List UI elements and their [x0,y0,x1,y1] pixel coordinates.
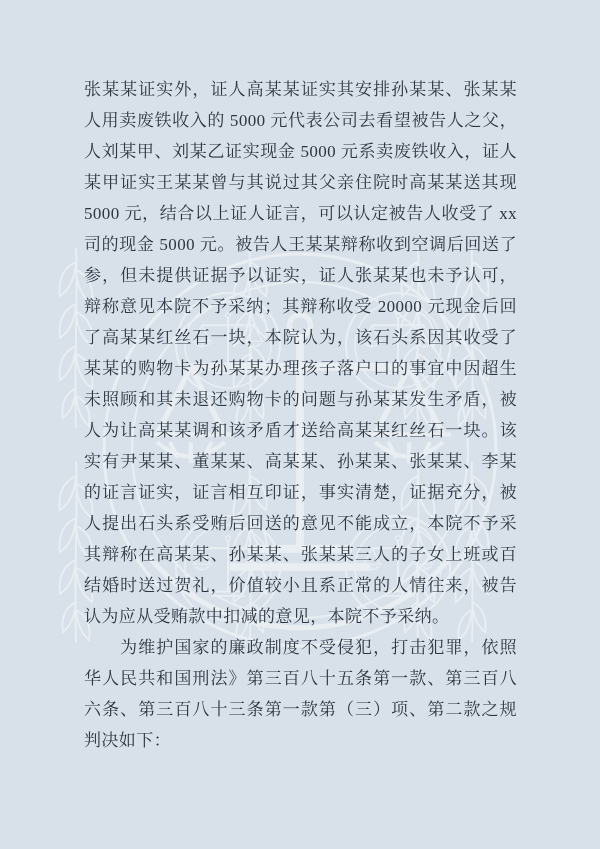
text-line: 某某的购物卡为孙某某办理孩子落户口的事宜中因超生费 [84,353,517,384]
text-line: 张某某证实外，证人高某某证实其安排孙某某、张某某二 [84,74,517,105]
text-line: 未照顾和其未退还购物卡的问题与孙某某发生矛盾，被告 [84,384,517,415]
text-line: 5000 元，结合以上证人证言，可以认定被告人收受了 xx 公 [84,198,517,229]
text-line: 认为应从受贿款中扣减的意见，本院不予采纳。 [84,601,517,632]
text-line: 实有尹某某、董某某、高某某、孙某某、张某某、李某甲 [84,446,517,477]
text-line: 了高某某红丝石一块，本院认为，该石头系因其收受了孙 [84,322,517,353]
text-line: 人提出石头系受贿后回送的意见不能成立，本院不予采纳； [84,508,517,539]
text-line: 司的现金 5000 元。被告人王某某辩称收到空调后回送了海 [84,229,517,260]
paragraph: 为维护国家的廉政制度不受侵犯，打击犯罪，依照《中华人民共和国刑法》第三百八十五条… [84,632,517,756]
judgment-text: 张某某证实外，证人高某某证实其安排孙某某、张某某二人用卖废铁收入的 5000 元… [84,74,517,756]
text-line: 参，但未提供证据予以证实，证人张某某也未予认可，该 [84,260,517,291]
text-line: 结婚时送过贺礼，价值较小且系正常的人情往来，被告人 [84,570,517,601]
text-line: 的证言证实，证言相互印证，事实清楚，证据充分，被告 [84,477,517,508]
text-line: 人用卖废铁收入的 5000 元代表公司去看望被告人之父，证 [84,105,517,136]
text-line: 某甲证实王某某曾与其说过其父亲住院时高某某送其现金 [84,167,517,198]
text-line: 人为让高某某调和该矛盾才送给高某某红丝石一块。该事 [84,415,517,446]
text-line: 其辩称在高某某、孙某某、张某某三人的子女上班或百岁、 [84,539,517,570]
text-line: 人刘某甲、刘某乙证实现金 5000 元系卖废铁收入，证人王 [84,136,517,167]
text-line: 六条、第三百八十三条第一款第（三）项、第二款之规定， [84,694,517,725]
text-line: 华人民共和国刑法》第三百八十五条第一款、第三百八十 [84,663,517,694]
text-line: 辩称意见本院不予采纳；其辩称收受 20000 元现金后回送 [84,291,517,322]
paragraph: 张某某证实外，证人高某某证实其安排孙某某、张某某二人用卖废铁收入的 5000 元… [84,74,517,632]
document-page: 张某某证实外，证人高某某证实其安排孙某某、张某某二人用卖废铁收入的 5000 元… [0,0,600,849]
text-line: 为维护国家的廉政制度不受侵犯，打击犯罪，依照《中 [84,632,517,663]
text-line: 判决如下： [84,725,517,756]
